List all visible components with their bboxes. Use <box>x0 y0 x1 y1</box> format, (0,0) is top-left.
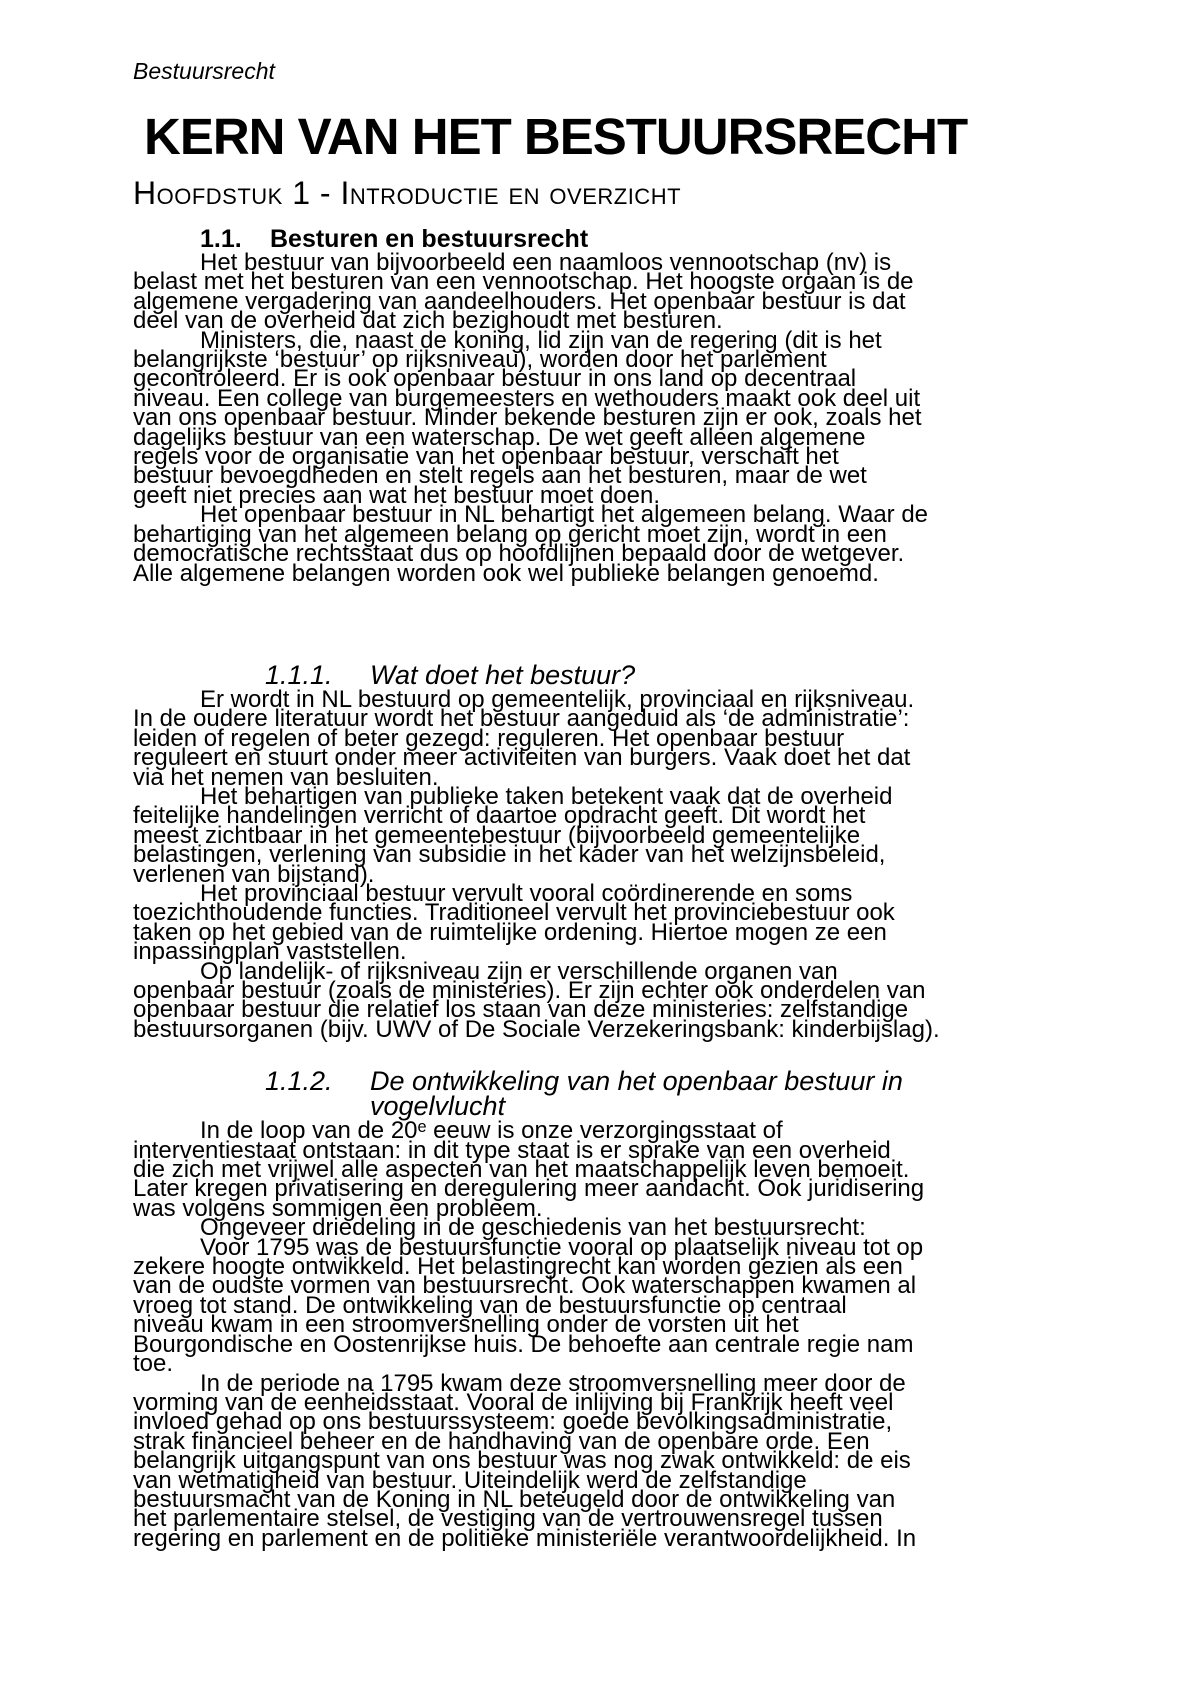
section-heading-1-1: 1.1. Besturen en bestuursrecht <box>200 228 1072 251</box>
section-1-1-1-paragraph-2: Het behartigen van publieke taken beteke… <box>133 787 1072 884</box>
section-heading-1-1-2: 1.1.2. De ontwikkeling van het openbaar … <box>265 1069 1072 1119</box>
section-1-1-1-paragraph-4: Op landelijk- of rijksniveau zijn er ver… <box>133 962 1072 1040</box>
section-1-1-1-paragraph-1: Er wordt in NL bestuurd op gemeentelijk,… <box>133 690 1072 787</box>
section-title-1-1-2: De ontwikkeling van het openbaar bestuur… <box>370 1069 903 1119</box>
section-number-1-1-1: 1.1.1. <box>265 663 370 688</box>
section-1-1-paragraph-3: Het openbaar bestuur in NL behartigt het… <box>133 505 1072 583</box>
section-title-1-1-1: Wat doet het bestuur? <box>370 663 635 688</box>
section-number-1-1: 1.1. <box>200 228 270 251</box>
section-number-1-1-2: 1.1.2. <box>265 1069 370 1119</box>
document-page: Bestuursrecht KERN VAN HET BESTUURSRECHT… <box>0 0 1200 1548</box>
chapter-heading: Hoofdstuk 1 - Introductie en overzicht <box>133 176 1072 211</box>
section-title-1-1: Besturen en bestuursrecht <box>270 228 588 251</box>
section-heading-1-1-1: 1.1.1. Wat doet het bestuur? <box>265 663 1072 688</box>
section-1-1-2-paragraph-3: Voor 1795 was de bestuursfunctie vooral … <box>133 1238 1072 1374</box>
section-1-1-paragraph-1: Het bestuur van bijvoorbeeld een naamloo… <box>133 253 1072 331</box>
section-1-1-2-paragraph-1: In de loop van de 20ᵉ eeuw is onze verzo… <box>133 1121 1072 1218</box>
document-title: KERN VAN HET BESTUURSRECHT <box>144 109 1072 165</box>
section-1-1-paragraph-2: Ministers, die, naast de koning, lid zij… <box>133 331 1072 506</box>
running-header: Bestuursrecht <box>133 58 1072 84</box>
section-1-1-1-paragraph-3: Het provinciaal bestuur vervult vooral c… <box>133 884 1072 962</box>
section-1-1-2-paragraph-4: In de periode na 1795 kwam deze stroomve… <box>133 1374 1072 1549</box>
